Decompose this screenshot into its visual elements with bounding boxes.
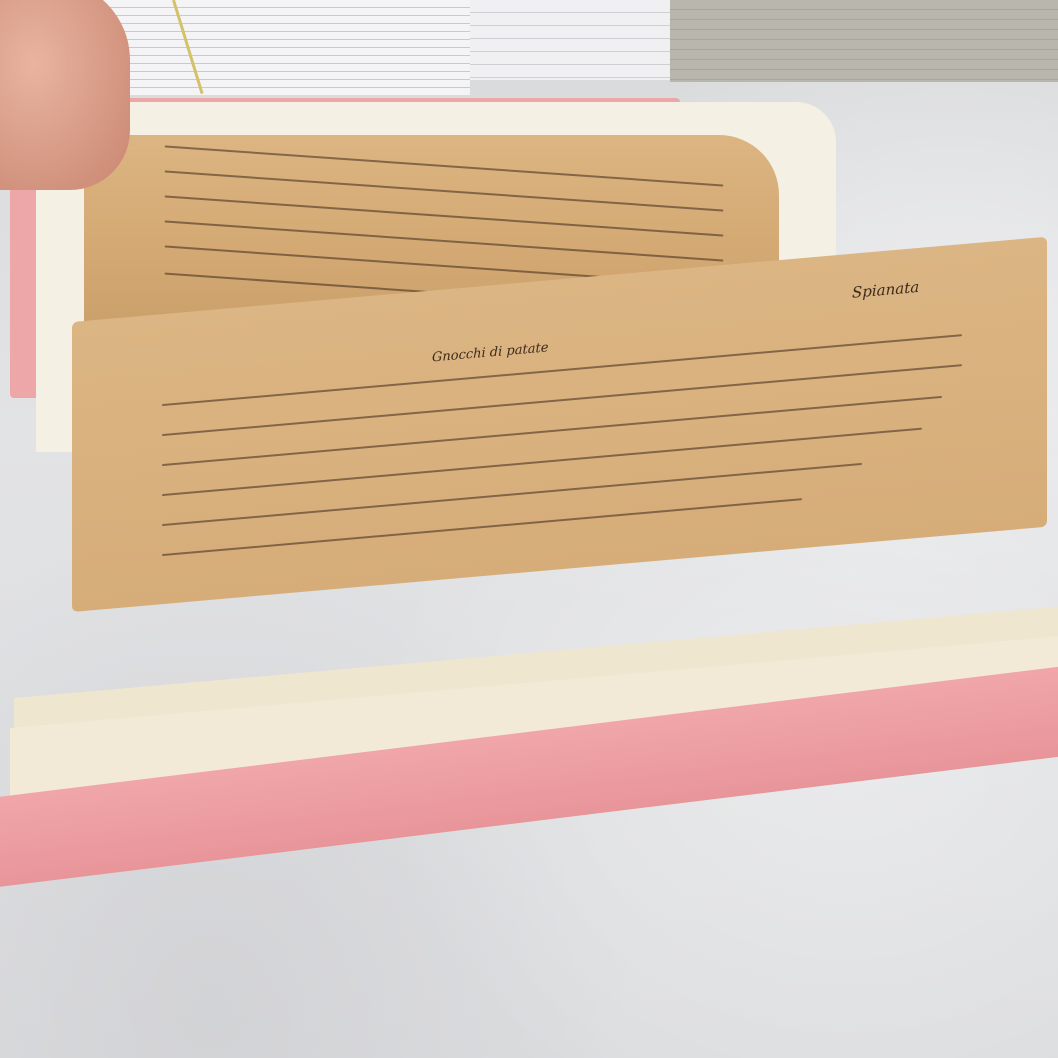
- recipe-heading: Spianata: [852, 278, 919, 302]
- handwriting-line: [162, 334, 962, 406]
- handwriting-line: [162, 498, 802, 556]
- photo-scene: Spianata Gnocchi di patate: [0, 0, 1058, 1058]
- handwriting-line: [165, 170, 724, 211]
- handwriting-line: [162, 428, 922, 496]
- handwriting-line: [165, 145, 724, 186]
- handwriting-line: [162, 463, 862, 526]
- handwriting-line: [162, 396, 942, 466]
- handwriting-line: [165, 220, 724, 261]
- paper-stack-middle: [470, 0, 670, 80]
- recipe-subheading: Gnocchi di patate: [432, 340, 548, 365]
- handwriting-line: [165, 195, 724, 236]
- hand-holding-folder: [0, 0, 130, 190]
- handwriting-line: [162, 364, 962, 436]
- paper-stack-right: [670, 0, 1058, 82]
